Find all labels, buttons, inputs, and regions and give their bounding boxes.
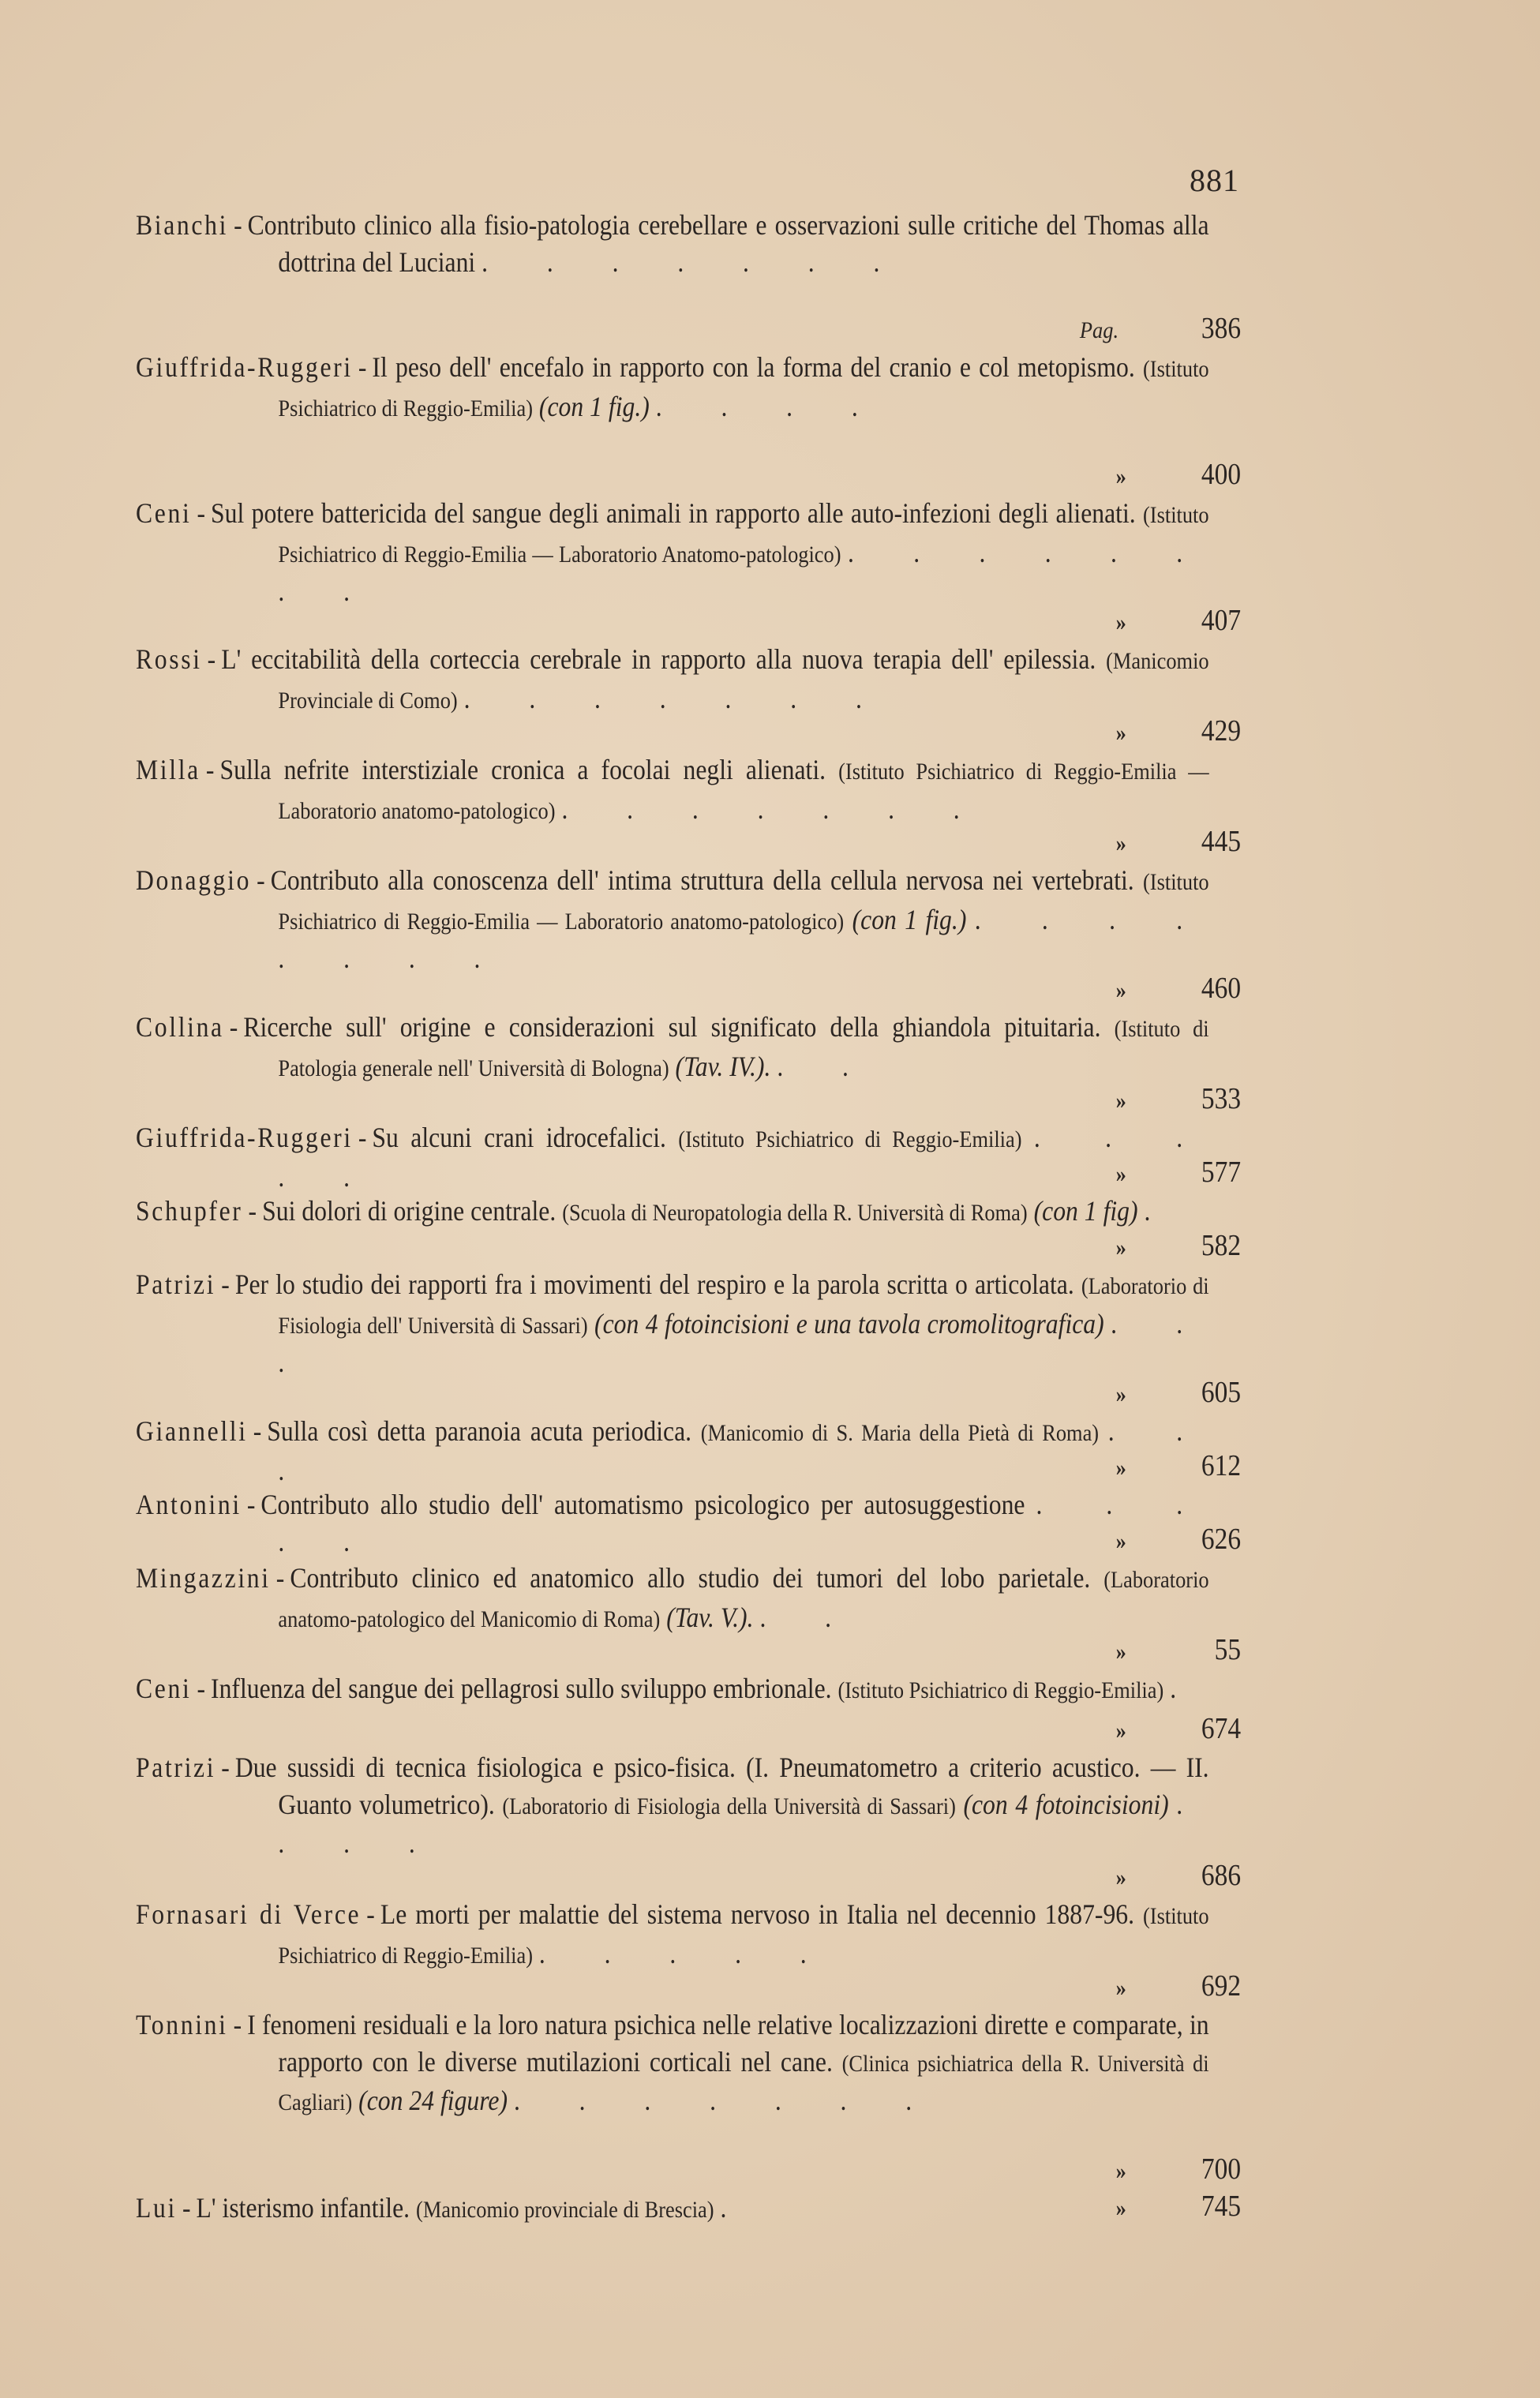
- entry-title: Contributo clinico ed anatomico allo stu…: [290, 1562, 1090, 1594]
- toc-entry: Patrizi-Due sussidi di tecnica fisiologi…: [136, 1749, 1241, 1896]
- ditto-mark: »: [1116, 1713, 1126, 1750]
- entry-author: Rossi: [136, 643, 202, 675]
- toc-entry: Fornasari di Verce-Le morti per malattie…: [136, 1896, 1241, 2006]
- entry-author: Milla: [136, 754, 200, 785]
- entry-page: 533: [1201, 1081, 1241, 1118]
- entry-institution: (Manicomio di S. Maria della Pietà di Ro…: [701, 1420, 1099, 1446]
- entry-author: Ceni: [136, 497, 191, 529]
- ditto-mark: »: [1116, 715, 1126, 752]
- ditto-mark: »: [1116, 2190, 1126, 2228]
- entry-title: Ricerche sull' origine e considerazioni …: [243, 1011, 1100, 1043]
- entry-figures: (con 1 fig.): [539, 391, 650, 422]
- entry-institution: (Manicomio provinciale di Brescia): [416, 2197, 714, 2223]
- entry-institution: (Istituto Psichiatrico di Reggio-Emilia): [837, 1677, 1163, 1703]
- entry-title: Il peso dell' encefalo in rapporto con l…: [372, 351, 1134, 383]
- entry-page: 386: [1201, 310, 1241, 347]
- entry-title: Influenza del sangue dei pellagrosi sull…: [211, 1673, 832, 1704]
- entry-figures: (con 1 fig.): [852, 904, 967, 935]
- entry-title: L' isterismo infantile.: [197, 2192, 410, 2224]
- toc-entry: Mingazzini-Contributo clinico ed anatomi…: [136, 1560, 1241, 1670]
- dot-leader: .: [1170, 1673, 1202, 1704]
- toc-entry: Giuffrida-Ruggeri-Su alcuni crani idroce…: [136, 1119, 1241, 1193]
- entry-author: Giannelli: [136, 1415, 248, 1447]
- toc-entry: Antonini-Contributo allo studio dell' au…: [136, 1486, 1241, 1560]
- entry-title: Sulla nefrite interstiziale cronica a fo…: [219, 754, 826, 785]
- entry-page: 582: [1201, 1227, 1241, 1265]
- toc-entry: Bianchi-Contributo clinico alla fisio-pa…: [136, 207, 1241, 349]
- entry-author: Bianchi: [136, 209, 228, 241]
- entry-page: 745: [1201, 2188, 1241, 2225]
- table-of-contents: Bianchi-Contributo clinico alla fisio-pa…: [136, 207, 1241, 2227]
- ditto-mark: »: [1116, 1083, 1126, 1120]
- ditto-mark: »: [1116, 1970, 1126, 2007]
- entry-title: Le morti per malattie del sistema nervos…: [380, 1898, 1134, 1930]
- toc-entry: Giannelli-Sulla così detta paranoia acut…: [136, 1413, 1241, 1486]
- entry-page: 626: [1201, 1521, 1241, 1558]
- page-number: 881: [1176, 162, 1239, 199]
- entry-author: Lui: [136, 2192, 177, 2224]
- toc-entry: Tonnini-I fenomeni residuali e la loro n…: [136, 2006, 1241, 2190]
- entry-page: 460: [1201, 970, 1241, 1007]
- entry-title: Sui dolori di origine centrale.: [262, 1195, 556, 1227]
- toc-entry: Ceni-Sul potere battericida del sangue d…: [136, 495, 1241, 641]
- toc-entry: Ceni-Influenza del sangue dei pellagrosi…: [136, 1670, 1241, 1749]
- entry-page: 577: [1201, 1154, 1241, 1191]
- ditto-mark: »: [1116, 1860, 1126, 1897]
- entry-figures: (con 4 fotoincisioni): [963, 1789, 1168, 1820]
- entry-title: Contributo alla conoscenza dell' intima …: [271, 864, 1134, 896]
- dot-leader: .: [1144, 1195, 1176, 1227]
- ditto-mark: »: [1116, 1634, 1126, 1671]
- dot-leader: .: [720, 2192, 752, 2224]
- entry-institution: (Scuola di Neuropatologia della R. Unive…: [562, 1200, 1027, 1226]
- toc-entry: Lui-L' isterismo infantile. (Manicomio p…: [136, 2190, 1241, 2227]
- toc-entry: Schupfer-Sui dolori di origine centrale.…: [136, 1193, 1241, 1266]
- dot-leader: . .: [777, 1051, 875, 1082]
- entry-author: Antonini: [136, 1489, 242, 1520]
- entry-author: Mingazzini: [136, 1562, 271, 1594]
- ditto-mark: »: [1116, 972, 1126, 1010]
- entry-page: 445: [1201, 823, 1241, 860]
- page-marker: Pag.: [1080, 313, 1118, 350]
- entry-page: 686: [1201, 1857, 1241, 1894]
- dot-leader: . .: [759, 1602, 857, 1633]
- dot-leader: . . . . . . .: [514, 2085, 939, 2116]
- ditto-mark: »: [1116, 459, 1126, 496]
- entry-title: Sul potere battericida del sangue degli …: [211, 497, 1136, 529]
- entry-title: Per lo studio dei rapporti fra i movimen…: [235, 1268, 1074, 1300]
- ditto-mark: »: [1116, 2153, 1126, 2190]
- toc-entry: Rossi-L' eccitabilità della corteccia ce…: [136, 641, 1241, 751]
- dot-leader: . . . . . . .: [561, 793, 986, 825]
- entry-author: Tonnini: [136, 2009, 228, 2040]
- entry-page: 700: [1201, 2151, 1241, 2188]
- toc-entry: Collina-Ricerche sull' origine e conside…: [136, 1009, 1241, 1119]
- entry-figures: (con 1 fig): [1034, 1195, 1138, 1227]
- ditto-mark: »: [1116, 1450, 1126, 1487]
- entry-author: Fornasari di Verce: [136, 1898, 361, 1930]
- entry-figures: (con 4 fotoincisioni e una tavola cromol…: [594, 1308, 1104, 1340]
- dot-leader: . . . . . . .: [481, 246, 906, 278]
- entry-page: 429: [1201, 713, 1241, 750]
- toc-entry: Giuffrida-Ruggeri-Il peso dell' encefalo…: [136, 349, 1241, 495]
- ditto-mark: »: [1116, 1377, 1126, 1414]
- entry-title: Su alcuni crani idrocefalici.: [372, 1122, 665, 1153]
- entry-author: Giuffrida-Ruggeri: [136, 1122, 353, 1153]
- ditto-mark: »: [1116, 1523, 1126, 1561]
- entry-title: L' eccitabilità della corteccia cerebral…: [221, 643, 1096, 675]
- entry-figures: (Tav. V.).: [666, 1602, 753, 1633]
- entry-title: Sulla così detta paranoia acuta periodic…: [267, 1415, 691, 1447]
- entry-author: Giuffrida-Ruggeri: [136, 351, 353, 383]
- entry-author: Collina: [136, 1011, 224, 1043]
- entry-page: 692: [1201, 1968, 1241, 2005]
- entry-institution: (Laboratorio di Fisiologia della Univers…: [502, 1793, 955, 1819]
- entry-author: Ceni: [136, 1673, 191, 1704]
- entry-page: 407: [1201, 602, 1241, 639]
- ditto-mark: »: [1116, 1156, 1126, 1193]
- entry-author: Donaggio: [136, 864, 251, 896]
- dot-leader: . . . .: [656, 391, 885, 422]
- entry-author: Schupfer: [136, 1195, 242, 1227]
- entry-author: Patrizi: [136, 1752, 215, 1783]
- entry-page: 400: [1201, 456, 1241, 493]
- toc-entry: Donaggio-Contributo alla conoscenza dell…: [136, 862, 1241, 1009]
- toc-entry: Milla-Sulla nefrite interstiziale cronic…: [136, 751, 1241, 862]
- dot-leader: . . . . .: [539, 1938, 833, 1969]
- dot-leader: . . . . . . .: [464, 683, 889, 714]
- ditto-mark: »: [1116, 605, 1126, 642]
- entry-author: Patrizi: [136, 1268, 215, 1300]
- entry-page: 605: [1201, 1374, 1241, 1411]
- entry-page: 55: [1215, 1632, 1241, 1669]
- ditto-mark: »: [1116, 826, 1126, 863]
- toc-entry: Patrizi-Per lo studio dei rapporti fra i…: [136, 1266, 1241, 1413]
- ditto-mark: »: [1116, 1230, 1126, 1267]
- entry-title: Contributo allo studio dell' automatismo…: [260, 1489, 1025, 1520]
- entry-institution: (Istituto Psichiatrico di Reggio-Emilia): [678, 1126, 1021, 1152]
- entry-figures: (con 24 figure): [358, 2085, 508, 2116]
- entry-page: 612: [1201, 1448, 1241, 1485]
- entry-page: 674: [1201, 1710, 1241, 1748]
- entry-figures: (Tav. IV.).: [676, 1051, 771, 1082]
